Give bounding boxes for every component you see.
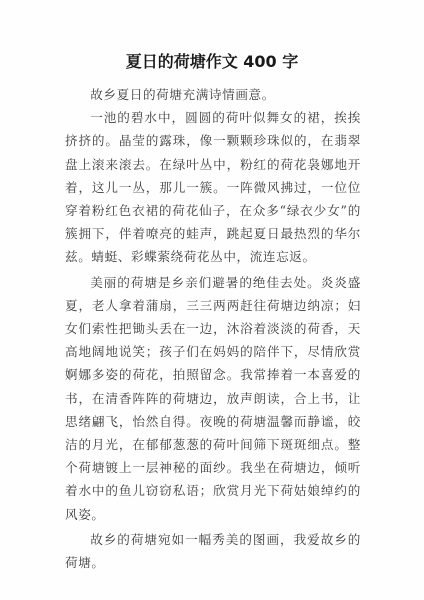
paragraph-lotus-pond: 一池的碧水中，圆圆的荷叶似舞女的裙，挨挨挤挤的。晶莹的露珠，像一颗颗珍珠似的，在… [65, 106, 361, 268]
paragraph-intro: 故乡夏日的荷塘充满诗情画意。 [65, 83, 361, 106]
paragraph-summer-retreat: 美丽的荷塘是乡亲们避暑的绝佳去处。炎炎盛夏，老人拿着蒲扇，三三两两赶往荷塘边纳凉… [65, 271, 361, 526]
document-title: 夏日的荷塘作文 400 字 [0, 50, 424, 74]
document-body: 故乡夏日的荷塘充满诗情画意。 一池的碧水中，圆圆的荷叶似舞女的裙，挨挨挤挤的。晶… [65, 83, 361, 576]
paragraph-conclusion: 故乡的荷塘宛如一幅秀美的图画，我爱故乡的荷塘。 [65, 528, 361, 574]
document-page: 夏日的荷塘作文 400 字 故乡夏日的荷塘充满诗情画意。 一池的碧水中，圆圆的荷… [0, 0, 424, 600]
